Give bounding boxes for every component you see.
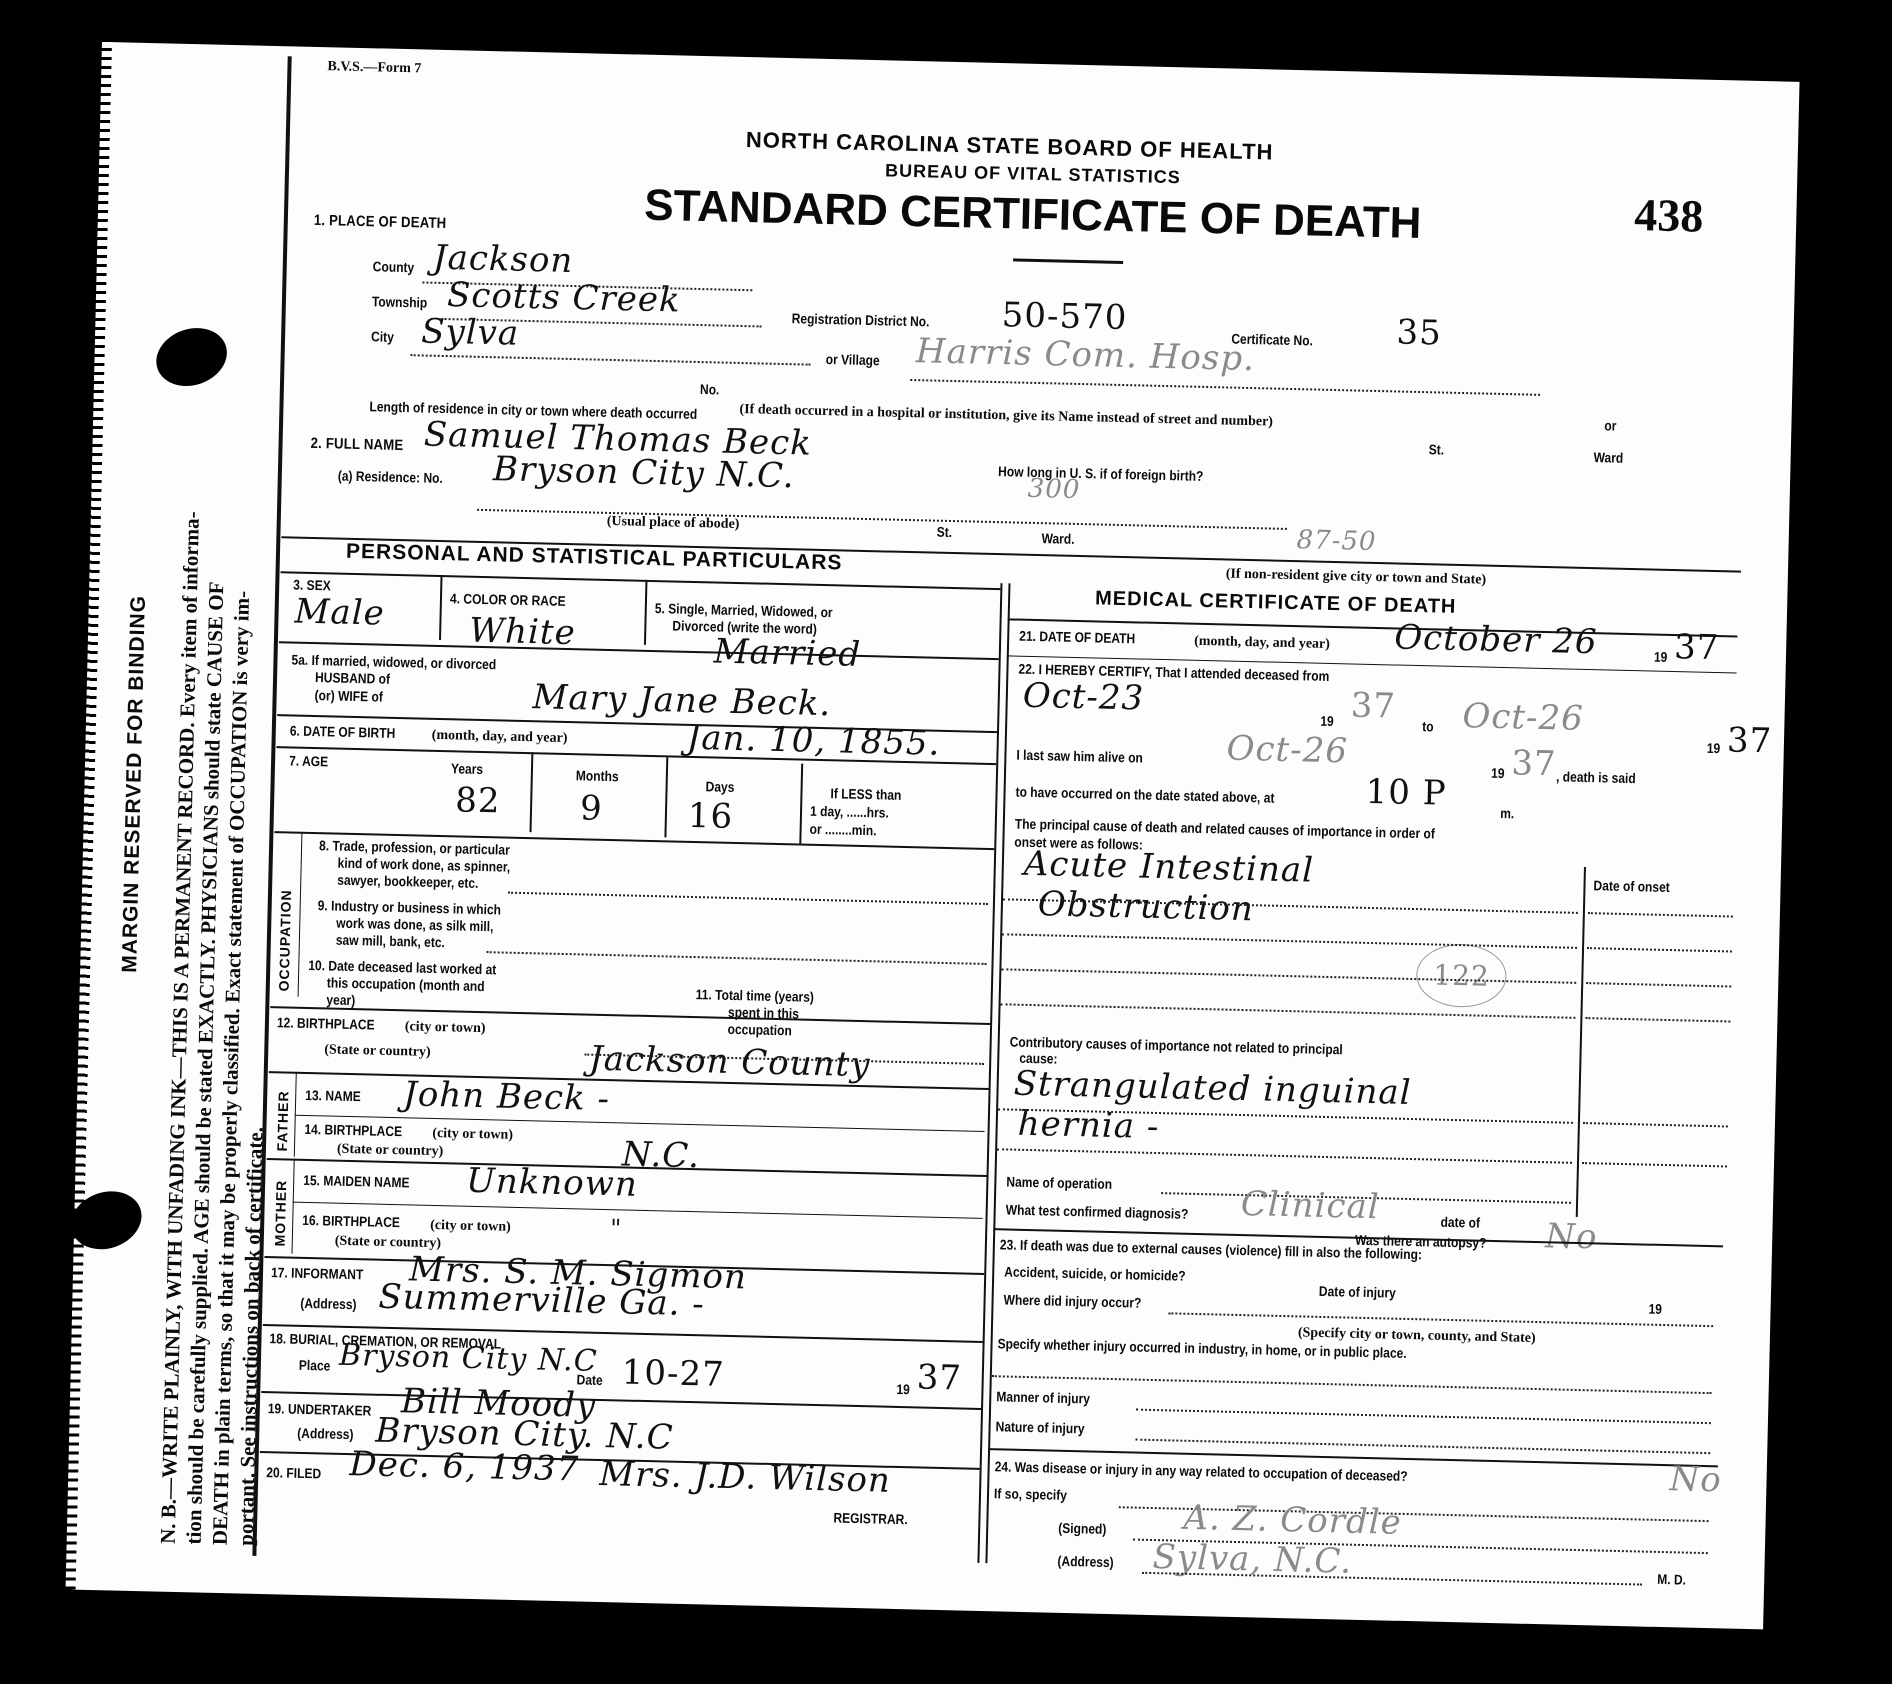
less-than-label: If LESS than bbox=[830, 785, 901, 803]
address-line bbox=[1142, 1572, 1642, 1586]
attended-from-year-prefix: 19 bbox=[1320, 713, 1334, 729]
injury-year-prefix: 19 bbox=[1648, 1301, 1662, 1317]
certificate-no-value: 35 bbox=[1396, 312, 1442, 353]
cause-code: 122 bbox=[1416, 943, 1508, 1008]
residence-label: (a) Residence: No. bbox=[338, 468, 443, 486]
dod-value: October 26 bbox=[1394, 617, 1598, 662]
nature-label: Nature of injury bbox=[995, 1418, 1084, 1436]
occupation-side-label: OCCUPATION bbox=[276, 889, 294, 991]
physician-signature: A. Z. Cordle bbox=[1183, 1498, 1402, 1543]
township-label: Township bbox=[372, 293, 428, 310]
informant-address-label: (Address) bbox=[300, 1295, 357, 1312]
m-label: m. bbox=[1500, 805, 1514, 821]
hospital-note: (If death occurred in a hospital or inst… bbox=[739, 402, 1273, 431]
residence-ward-label: Ward. bbox=[1041, 530, 1074, 547]
last-saw-year-prefix: 19 bbox=[1491, 765, 1505, 781]
operation-label: Name of operation bbox=[1006, 1173, 1112, 1191]
onset-divider bbox=[1576, 867, 1586, 1217]
dod-year-prefix: 19 bbox=[1654, 649, 1668, 665]
nonresident-note: (If non-resident give city or town and S… bbox=[1226, 566, 1487, 588]
village-value: Harris Com. Hosp. bbox=[915, 331, 1255, 379]
occurred-label: to have occurred on the date stated abov… bbox=[1015, 784, 1274, 806]
mother-birthplace-value: " bbox=[610, 1214, 623, 1242]
residence-line bbox=[477, 509, 1287, 530]
test-value: Clinical bbox=[1240, 1184, 1380, 1227]
contributory-line bbox=[997, 1148, 1572, 1164]
mother-city-hint: (city or town) bbox=[430, 1218, 511, 1236]
industry-line bbox=[487, 951, 987, 965]
residence-st-label: St. bbox=[937, 524, 953, 540]
st-label: St. bbox=[1429, 441, 1445, 457]
attended-from-year: 37 bbox=[1350, 685, 1396, 726]
attended-to-year-prefix: 19 bbox=[1707, 740, 1721, 756]
age-years-value: 82 bbox=[455, 780, 501, 821]
col-divider-2 bbox=[644, 580, 648, 645]
onset-line bbox=[1587, 947, 1732, 952]
days-label: Days bbox=[705, 778, 734, 795]
residence-value: Bryson City N.C. bbox=[493, 449, 795, 496]
attended-to-value: Oct-26 bbox=[1462, 696, 1584, 739]
title-rule bbox=[1013, 258, 1123, 264]
last-saw-value: Oct-26 bbox=[1226, 729, 1348, 772]
mother-divider bbox=[292, 1159, 295, 1254]
personal-section-title: PERSONAL AND STATISTICAL PARTICULARS bbox=[346, 540, 843, 576]
registrar-label: REGISTRAR. bbox=[833, 1510, 908, 1528]
undertaker-label: 19. UNDERTAKER bbox=[268, 1400, 372, 1418]
mother-side-label: MOTHER bbox=[272, 1180, 290, 1247]
place-of-death-label: 1. PLACE OF DEATH bbox=[314, 212, 447, 232]
birthplace-label: 12. BIRTHPLACE bbox=[277, 1014, 375, 1032]
occupation-divider bbox=[298, 832, 303, 997]
village-line bbox=[910, 379, 1540, 396]
trade-label: 8. Trade, profession, or particular kind… bbox=[318, 837, 511, 892]
onset-line bbox=[1583, 1122, 1728, 1127]
onset-line bbox=[1588, 912, 1733, 917]
father-side-label: FATHER bbox=[274, 1090, 291, 1151]
full-name-label: 2. FULL NAME bbox=[310, 435, 403, 454]
row-line bbox=[281, 571, 1001, 590]
signed-label: (Signed) bbox=[1058, 1520, 1107, 1537]
birthplace-city-hint: (city or town) bbox=[405, 1019, 486, 1037]
age-col-divider bbox=[530, 752, 534, 832]
form-id: B.V.S.—Form 7 bbox=[327, 59, 421, 77]
injury-date-label: Date of injury bbox=[1319, 1283, 1396, 1301]
informant-label: 17. INFORMANT bbox=[271, 1264, 364, 1282]
maiden-name-value: Unknown bbox=[466, 1161, 638, 1205]
principal-cause-2: Obstruction bbox=[1037, 884, 1254, 929]
father-name-label: 13. NAME bbox=[305, 1087, 361, 1104]
spouse-label-3: (or) WIFE of bbox=[314, 687, 383, 705]
residence-note: (Usual place of abode) bbox=[607, 514, 740, 533]
dod-hint: (month, day, and year) bbox=[1194, 634, 1330, 653]
total-time-label: 11. Total time (years) spent in this occ… bbox=[695, 986, 814, 1040]
md-label: M. D. bbox=[1657, 1571, 1686, 1588]
attended-from-value: Oct-23 bbox=[1022, 676, 1144, 719]
last-saw-year: 37 bbox=[1511, 743, 1557, 784]
age-col-divider-3 bbox=[799, 764, 803, 844]
trade-line bbox=[508, 892, 988, 905]
filed-label: 20. FILED bbox=[266, 1464, 321, 1481]
torn-edge bbox=[66, 42, 112, 1590]
death-certificate: MARGIN RESERVED FOR BINDING N. B.—WRITE … bbox=[72, 42, 1800, 1629]
birthplace-state-hint: (State or country) bbox=[324, 1042, 431, 1060]
ward-label: Ward bbox=[1593, 449, 1623, 466]
father-state-hint: (State or country) bbox=[337, 1142, 444, 1160]
years-label: Years bbox=[451, 760, 484, 777]
binding-margin-title: MARGIN RESERVED FOR BINDING bbox=[116, 595, 152, 973]
certificate-title: STANDARD CERTIFICATE OF DEATH bbox=[644, 181, 1422, 249]
age-label: 7. AGE bbox=[289, 752, 328, 769]
burial-year-value: 37 bbox=[916, 1357, 962, 1398]
spouse-label-2: HUSBAND of bbox=[315, 669, 390, 687]
father-birthplace-label: 14. BIRTHPLACE bbox=[304, 1121, 402, 1139]
or-label: or bbox=[1604, 417, 1616, 433]
city-label: City bbox=[371, 328, 394, 345]
less-than-hrs: 1 day, ......hrs. bbox=[810, 803, 889, 821]
onset-line bbox=[1586, 982, 1731, 987]
filed-date-value: Dec. 6, 1937 bbox=[349, 1444, 580, 1489]
burial-place-value: Bryson City N.C bbox=[339, 1338, 598, 1379]
county-label: County bbox=[373, 258, 415, 275]
last-worked-label: 10. Date deceased last worked at this oc… bbox=[307, 957, 496, 1012]
onset-label: Date of onset bbox=[1593, 877, 1670, 895]
burial-place-label: Place bbox=[299, 1357, 331, 1374]
age-col-divider-2 bbox=[664, 757, 668, 837]
cause-line bbox=[1001, 1003, 1576, 1019]
burial-year-prefix: 19 bbox=[896, 1381, 910, 1397]
age-months-value: 9 bbox=[580, 788, 604, 829]
industry-label: 9. Industry or business in which work wa… bbox=[317, 897, 501, 952]
faint-annotation-2: 87-50 bbox=[1296, 525, 1377, 557]
time-of-death-value: 10 P bbox=[1365, 772, 1447, 814]
street-no-label: No. bbox=[700, 381, 720, 397]
reg-district-label: Registration District No. bbox=[791, 310, 929, 329]
bureau-name: BUREAU OF VITAL STATISTICS bbox=[885, 160, 1181, 188]
occupational-question: 24. Was disease or injury in any way rel… bbox=[995, 1458, 1408, 1484]
contributory-label: Contributory causes of importance not re… bbox=[1010, 1034, 1343, 1058]
registrar-value: Mrs. J.D. Wilson bbox=[599, 1454, 891, 1501]
cause-line bbox=[1002, 933, 1577, 949]
undertaker-address-label: (Address) bbox=[297, 1425, 354, 1442]
informant-address-value: Summerville Ga. - bbox=[378, 1277, 705, 1325]
months-label: Months bbox=[576, 767, 619, 784]
to-label: to bbox=[1422, 718, 1434, 734]
dod-label: 21. DATE OF DEATH bbox=[1019, 628, 1135, 647]
age-days-value: 16 bbox=[687, 796, 733, 837]
attended-to-year: 37 bbox=[1727, 720, 1773, 761]
dob-label: 6. DATE OF BIRTH bbox=[290, 722, 396, 740]
injury-type-label: Accident, suicide, or homicide? bbox=[1004, 1263, 1186, 1283]
faint-annotation: 300 bbox=[1027, 474, 1080, 505]
operation-date-label: date of bbox=[1440, 1214, 1480, 1231]
stamp-number: 438 bbox=[1634, 188, 1704, 243]
burial-date-value: 10-27 bbox=[621, 1352, 725, 1394]
row-line bbox=[270, 1006, 990, 1025]
medical-section-title: MEDICAL CERTIFICATE OF DEATH bbox=[1095, 587, 1457, 619]
father-city-hint: (city or town) bbox=[432, 1126, 513, 1144]
last-saw-label: I last saw him alive on bbox=[1016, 747, 1143, 766]
reg-district-value: 50-570 bbox=[1001, 295, 1128, 338]
onset-line bbox=[1585, 1017, 1730, 1022]
binding-hole-top bbox=[149, 319, 235, 395]
injury-location-label: Where did injury occur? bbox=[1003, 1291, 1141, 1310]
col-divider bbox=[439, 575, 443, 640]
principal-cause-1: Acute Intestinal bbox=[1023, 844, 1314, 891]
race-label: 4. COLOR OR RACE bbox=[450, 590, 566, 609]
less-than-min: or ........min. bbox=[809, 821, 876, 839]
father-name-value: John Beck - bbox=[403, 1074, 611, 1119]
occupational-answer: No bbox=[1669, 1459, 1722, 1500]
injury-location-line bbox=[1168, 1312, 1713, 1327]
test-label: What test confirmed diagnosis? bbox=[1006, 1201, 1189, 1221]
onset-line bbox=[1582, 1162, 1727, 1167]
dob-hint: (month, day, and year) bbox=[432, 728, 568, 747]
maiden-name-label: 15. MAIDEN NAME bbox=[303, 1172, 410, 1191]
physician-address-label: (Address) bbox=[1057, 1553, 1114, 1570]
autopsy-value: No bbox=[1545, 1216, 1598, 1257]
manner-label: Manner of injury bbox=[996, 1388, 1090, 1406]
injury-setting-line bbox=[992, 1375, 1712, 1394]
board-name: NORTH CAROLINA STATE BOARD OF HEALTH bbox=[746, 127, 1274, 165]
death-said-label: , death is said bbox=[1556, 768, 1636, 786]
mother-birthplace-label: 16. BIRTHPLACE bbox=[302, 1212, 400, 1230]
sex-value: Male bbox=[294, 592, 385, 634]
nature-line bbox=[1135, 1439, 1710, 1455]
specify-label: If so, specify bbox=[994, 1485, 1067, 1503]
city-line bbox=[411, 354, 811, 365]
birthplace-value: Jackson County bbox=[589, 1039, 871, 1086]
city-value: Sylva bbox=[421, 311, 520, 353]
manner-line bbox=[1136, 1409, 1711, 1425]
dod-year-value: 37 bbox=[1674, 627, 1720, 668]
village-label: or Village bbox=[826, 351, 880, 368]
spouse-value: Mary Jane Beck. bbox=[532, 677, 832, 724]
